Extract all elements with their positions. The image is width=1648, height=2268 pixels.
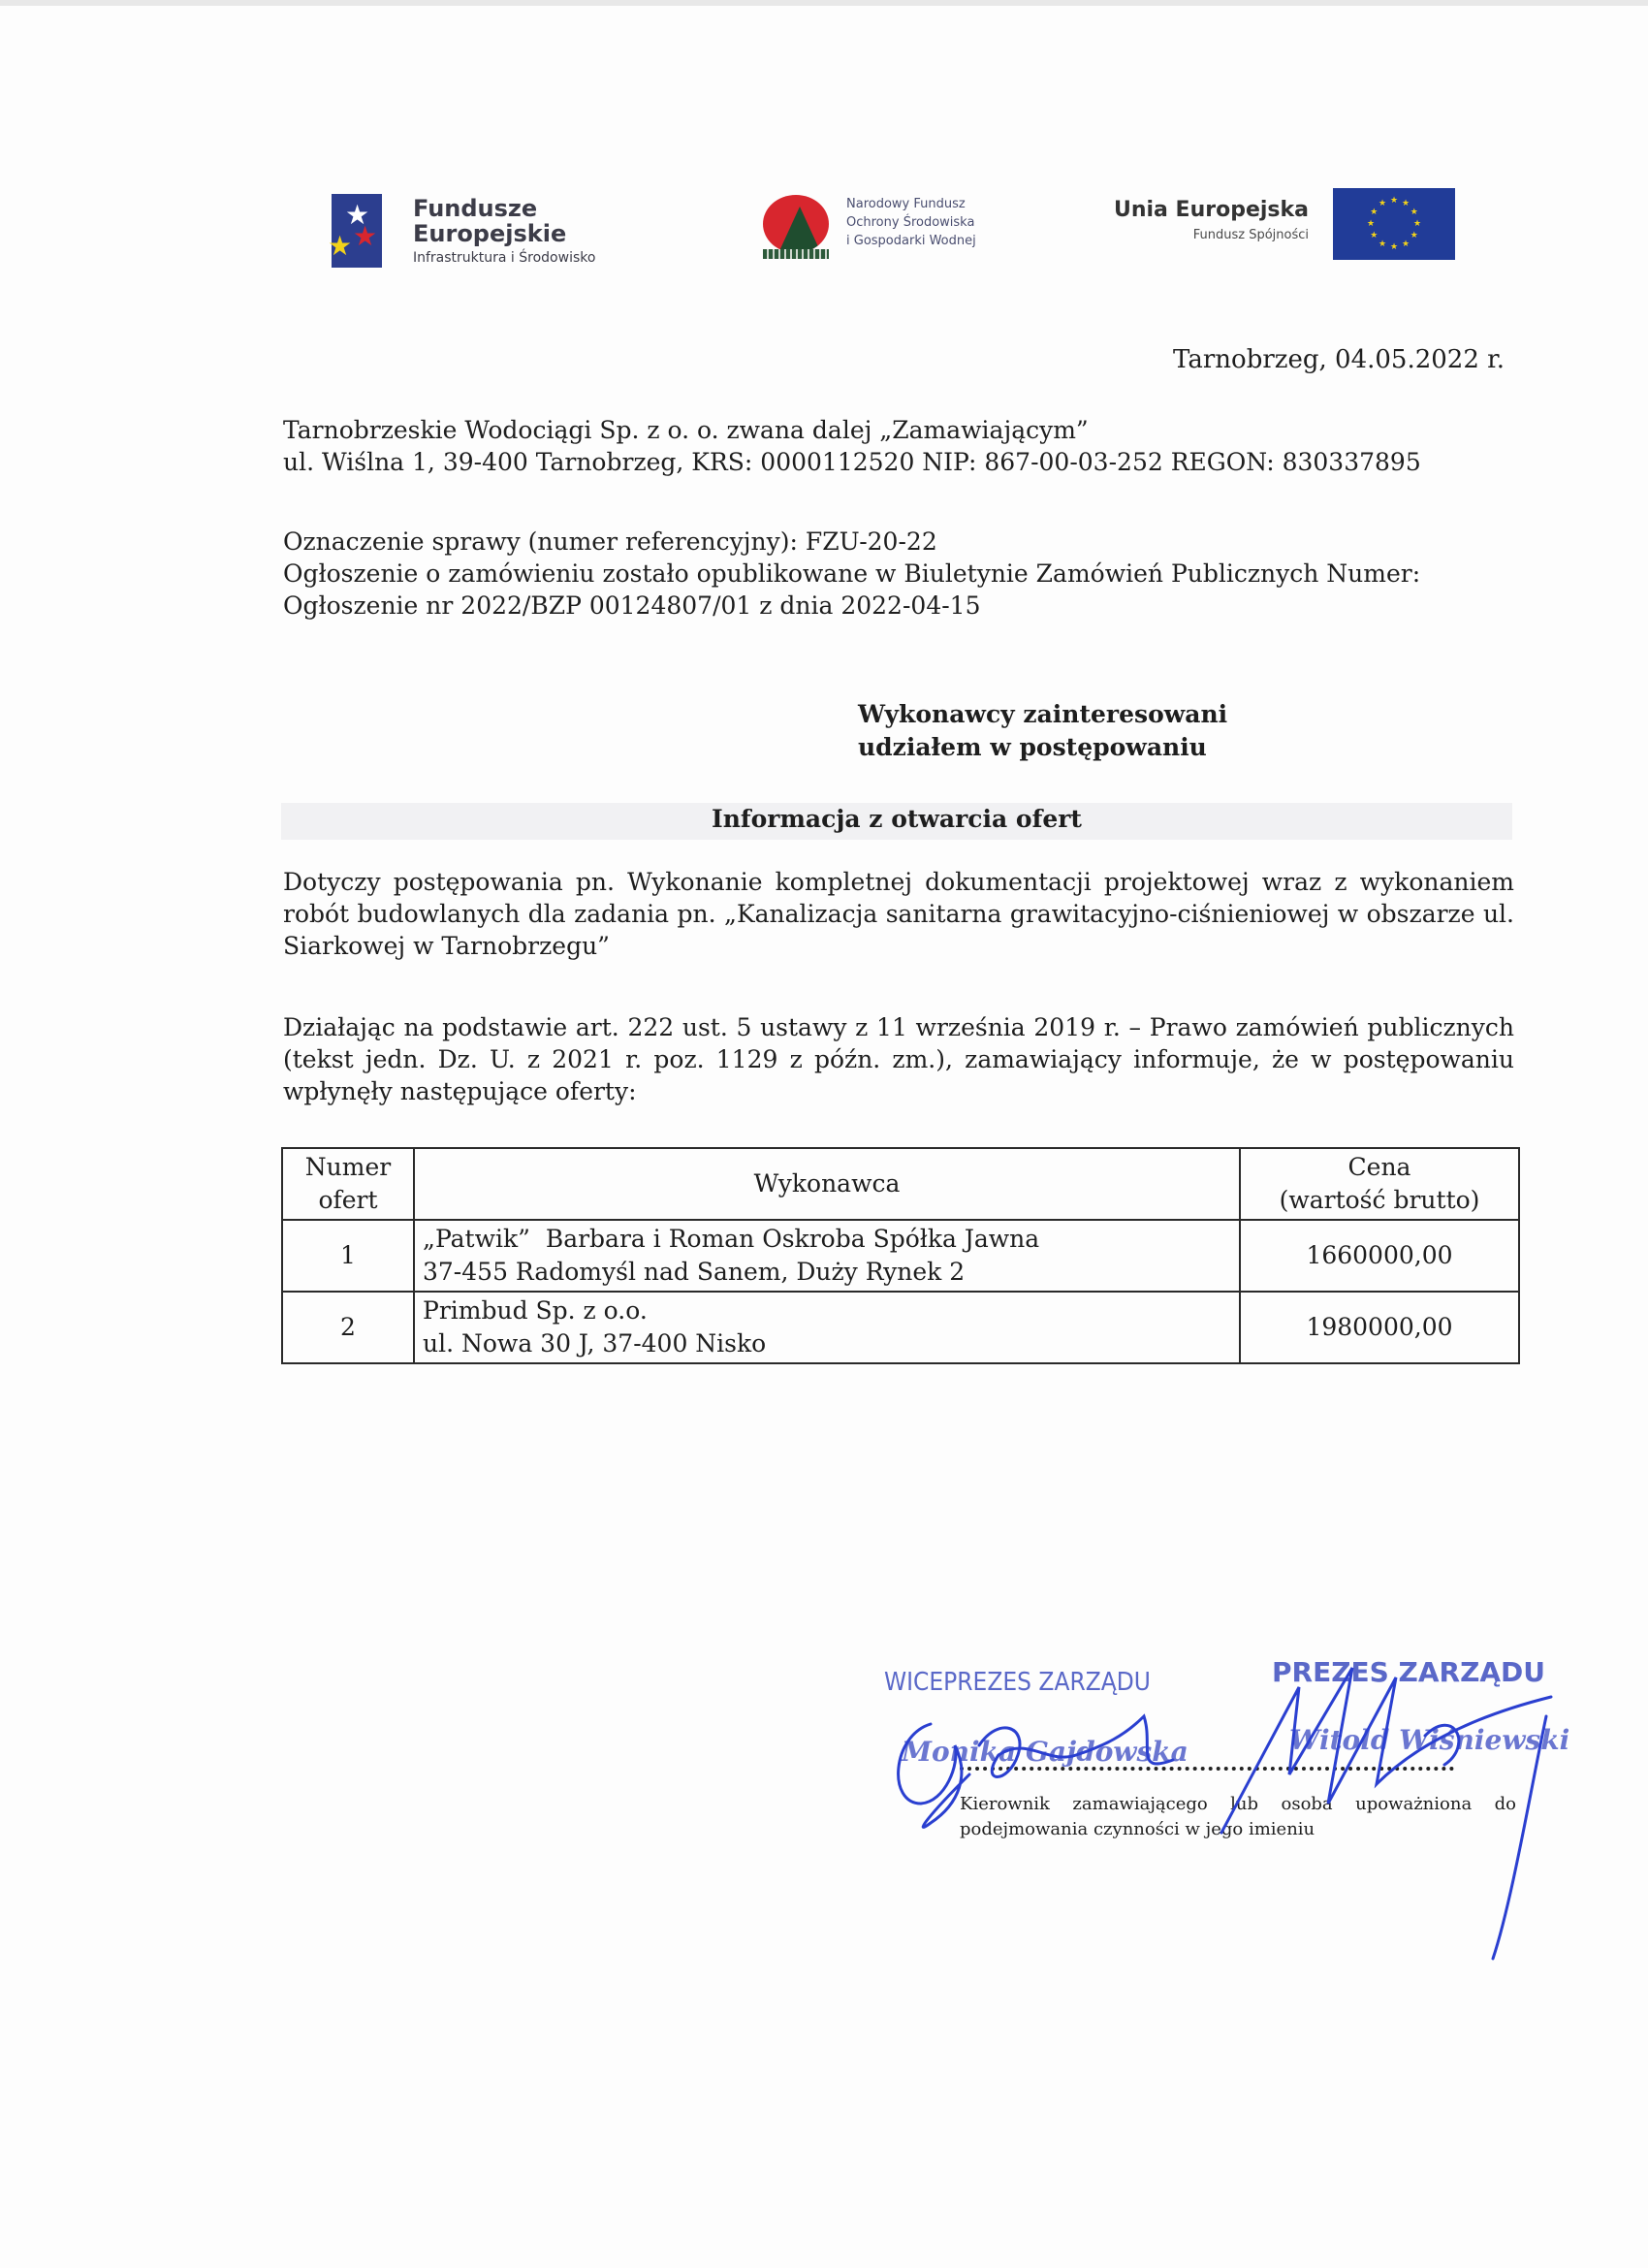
header-contractor: Wykonawca [414,1148,1240,1220]
table-row: 1 „Patwik” Barbara i Roman Oskroba Spółk… [282,1220,1519,1292]
eu-star-icon: ★ [1367,220,1375,229]
vice-president-name-stamp: Monika Gajdowska [902,1736,1188,1768]
contractor-address: ul. Nowa 30 J, 37-400 Nisko [423,1327,1231,1360]
header-number-line1: Numer [291,1151,405,1184]
eu-star-icon: ★ [1390,243,1398,252]
eu-star-icon: ★ [1370,232,1378,240]
header-price-line1: Cena [1249,1151,1510,1184]
organization-block: Tarnobrzeskie Wodociągi Sp. z o. o. zwan… [283,414,1514,478]
eu-star-icon: ★ [1379,200,1386,208]
fe-title-line2: Europejskie [413,221,595,246]
eu-star-icon: ★ [1379,240,1386,249]
header-number-line2: ofert [291,1184,405,1217]
reference-block: Oznaczenie sprawy (numer referencyjny): … [283,526,1514,622]
eu-star-icon: ★ [1370,208,1378,217]
notice-number: Ogłoszenie nr 2022/BZP 00124807/01 z dni… [283,590,1514,622]
eu-star-icon: ★ [1402,240,1410,249]
offer-price: 1660000,00 [1240,1220,1519,1292]
addressee-line2: udziałem w postępowaniu [858,731,1227,764]
signature-caption: Kierownik zamawiającego lub osoba upoważ… [960,1792,1516,1842]
eu-star-icon: ★ [1410,208,1418,217]
header-offer-number: Numer ofert [282,1148,414,1220]
vice-president-stamp: WICEPREZES ZARZĄDU [884,1668,1151,1697]
handwritten-signatures [0,0,1648,2268]
fe-subtitle: Infrastruktura i Środowisko [413,248,595,268]
signature-caption-line2: podejmowania czynności w jego imieniu [960,1817,1516,1842]
eu-flag-icon: ★★★★★★★★★★★★ [1333,188,1455,260]
fundusze-europejskie-stars-icon: ★ ★ ★ [332,194,382,268]
signature-caption-line1: Kierownik zamawiającego lub osoba upoważ… [960,1792,1516,1817]
ue-subtitle: Fundusz Spójności [1090,228,1309,242]
place-date: Tarnobrzeg, 04.05.2022 r. [1173,345,1505,374]
contractor-name: „Patwik” Barbara i Roman Oskroba Spółka … [423,1223,1231,1256]
logo-fundusze-europejskie: ★ ★ ★ Fundusze Europejskie Infrastruktur… [332,184,681,272]
addressee-line1: Wykonawcy zainteresowani [858,698,1227,731]
subject-paragraph: Dotyczy postępowania pn. Wykonanie kompl… [283,866,1514,962]
signature-dotted-line [960,1767,1454,1771]
header-price-line2: (wartość brutto) [1249,1184,1510,1217]
eu-star-icon: ★ [1402,200,1410,208]
logo-nfosigw: Narodowy Fundusz Ochrony Środowiska i Go… [759,189,1030,267]
fe-title-line1: Fundusze [413,196,595,221]
table-header-row: Numer ofert Wykonawca Cena (wartość brut… [282,1148,1519,1220]
eu-star-icon: ★ [1410,232,1418,240]
offer-price: 1980000,00 [1240,1292,1519,1363]
ue-title: Unia Europejska [1090,198,1309,222]
offer-number: 2 [282,1292,414,1363]
nfosigw-line3: i Gospodarki Wodnej [846,232,976,250]
offers-table: Numer ofert Wykonawca Cena (wartość brut… [281,1147,1520,1364]
table-row: 2 Primbud Sp. z o.o. ul. Nowa 30 J, 37-4… [282,1292,1519,1363]
organization-address: ul. Wiślna 1, 39-400 Tarnobrzeg, KRS: 00… [283,446,1514,478]
nfosigw-line1: Narodowy Fundusz [846,195,976,213]
addressee: Wykonawcy zainteresowani udziałem w post… [858,698,1227,764]
contractor-address: 37-455 Radomyśl nad Sanem, Duży Rynek 2 [423,1256,1231,1289]
president-stamp: PREZES ZARZĄDU [1272,1656,1545,1688]
contractor-name: Primbud Sp. z o.o. [423,1294,1231,1327]
eu-star-icon: ★ [1413,220,1421,229]
nfosigw-tree-icon [763,195,829,253]
header-price: Cena (wartość brutto) [1240,1148,1519,1220]
document-title: Informacja z otwarcia ofert [281,805,1512,833]
offer-contractor: Primbud Sp. z o.o. ul. Nowa 30 J, 37-400… [414,1292,1240,1363]
eu-star-icon: ★ [1390,197,1398,206]
offer-number: 1 [282,1220,414,1292]
scan-top-edge [0,0,1648,6]
organization-name: Tarnobrzeskie Wodociągi Sp. z o. o. zwan… [283,414,1514,446]
notice-line: Ogłoszenie o zamówieniu zostało opubliko… [283,558,1514,590]
logo-unia-europejska: Unia Europejska Fundusz Spójności ★★★★★★… [1086,184,1474,272]
legal-basis-paragraph: Działając na podstawie art. 222 ust. 5 u… [283,1011,1514,1107]
offer-contractor: „Patwik” Barbara i Roman Oskroba Spółka … [414,1220,1240,1292]
nfosigw-water-icon [763,249,829,259]
president-name-stamp: Witold Wiśniewski [1289,1724,1569,1756]
nfosigw-line2: Ochrony Środowiska [846,213,976,232]
reference-number: Oznaczenie sprawy (numer referencyjny): … [283,526,1514,558]
